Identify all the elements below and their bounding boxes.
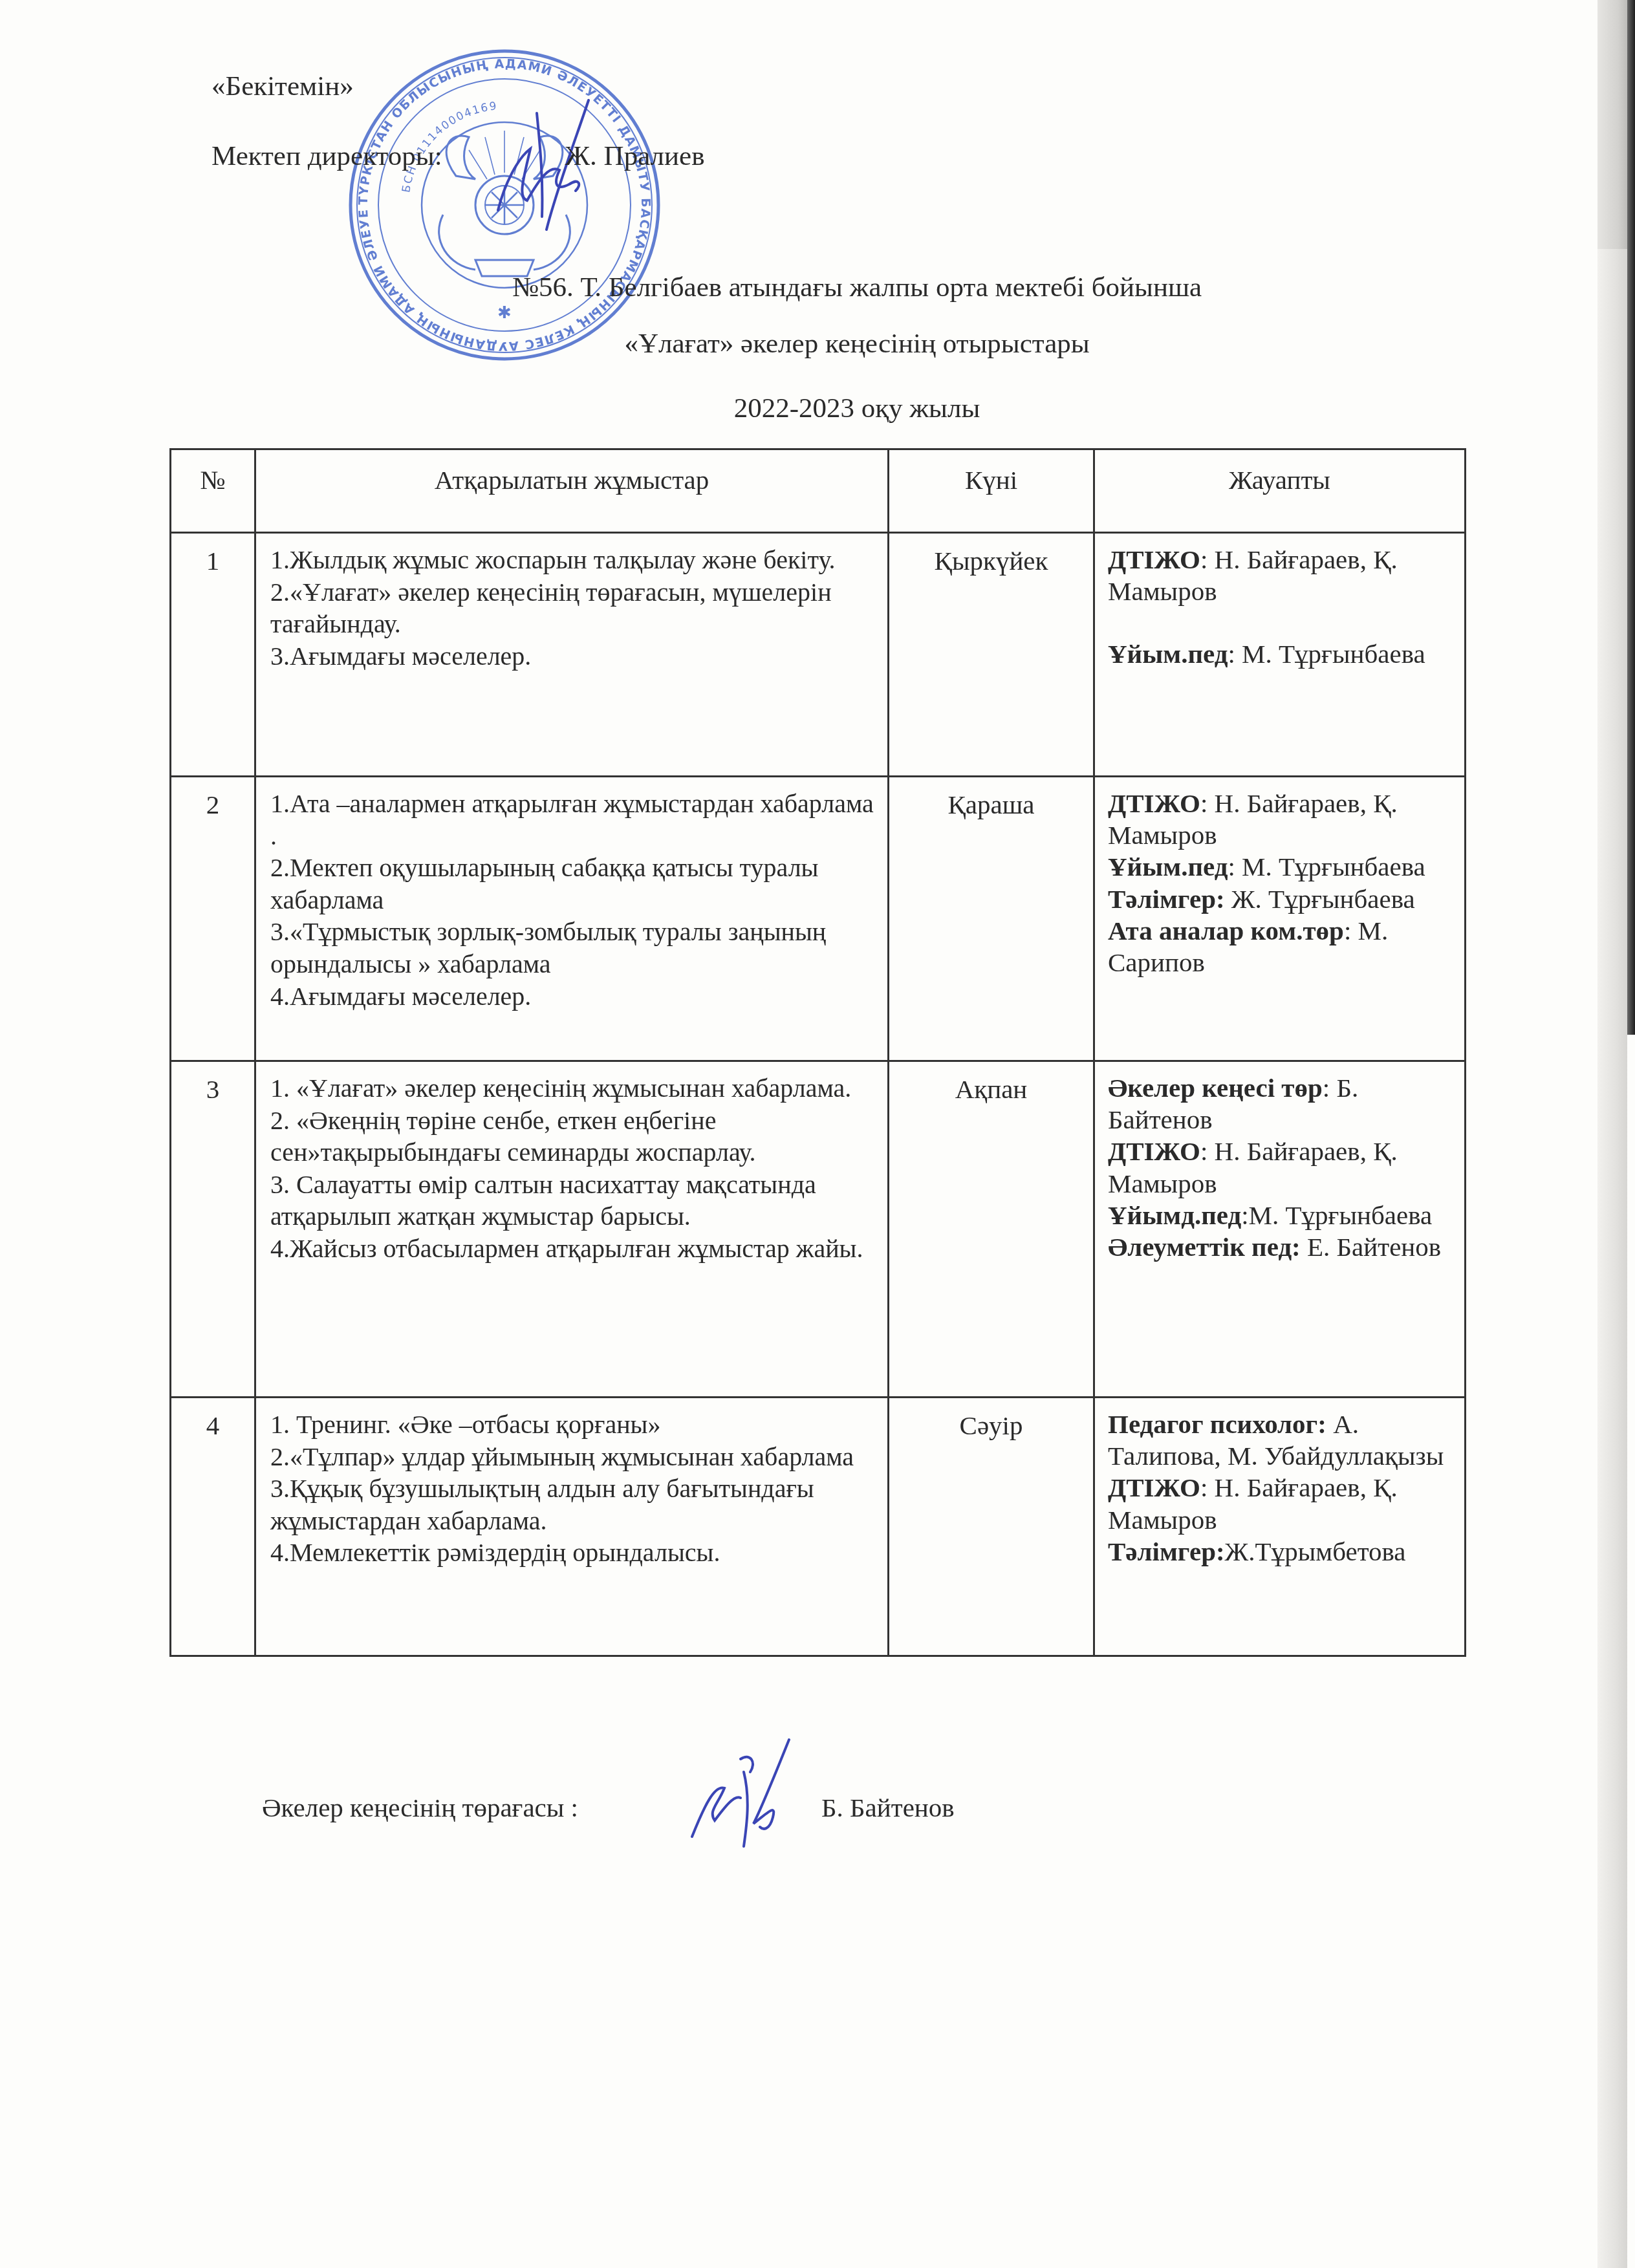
approval-label: «Бекітемін» bbox=[211, 72, 354, 100]
table-row: 31. «Ұлағат» әкелер кеңесінің жұмысынан … bbox=[171, 1061, 1466, 1398]
role-separator: : bbox=[1323, 1073, 1337, 1103]
svg-text:✱: ✱ bbox=[497, 303, 512, 322]
responsible-entry: Тәлімгер:Ж.Тұрымбетова bbox=[1108, 1536, 1458, 1568]
work-items: 1.Ата –аналармен атқарылған жұмыстардан … bbox=[255, 777, 889, 1061]
responsible-persons: ДТІЖО: Н. Байғараев, Қ. МамыровҰйым.пед:… bbox=[1094, 533, 1466, 777]
responsible-role: Педагог психолог: bbox=[1108, 1409, 1326, 1439]
work-item: 4.Жайсыз отбасылармен атқарылған жұмыста… bbox=[270, 1233, 878, 1265]
responsible-entry: Әлеуметтік пед: Е. Байтенов bbox=[1108, 1231, 1458, 1263]
scan-edge-shadow bbox=[1627, 0, 1635, 1035]
meeting-month: Ақпан bbox=[889, 1061, 1094, 1398]
row-number: 4 bbox=[171, 1398, 255, 1656]
role-separator: : bbox=[1344, 916, 1358, 945]
work-item: 1. Тренинг. «Әке –отбасы қорғаны» bbox=[270, 1409, 878, 1441]
responsible-role: Ұйымд.пед bbox=[1108, 1200, 1241, 1230]
responsible-entry: Тәлімгер: Ж. Тұрғынбаева bbox=[1108, 883, 1458, 915]
scan-edge bbox=[1597, 0, 1627, 2268]
role-separator: : bbox=[1200, 788, 1215, 818]
director-position: Мектеп директоры: bbox=[211, 141, 442, 171]
responsible-entry: Ұйым.пед: М. Тұрғынбаева bbox=[1108, 638, 1458, 670]
approval-line: Мектеп директоры:Ж. Пралиев bbox=[211, 142, 704, 170]
work-item: 1.Ата –аналармен атқарылған жұмыстардан … bbox=[270, 788, 878, 852]
table-header-row: № Атқарылатын жұмыстар Күні Жауапты bbox=[171, 449, 1466, 533]
work-item: 1. «Ұлағат» әкелер кеңесінің жұмысынан х… bbox=[270, 1072, 878, 1105]
footer-signature-line: Әкелер кеңесінің төрағасы : Б. Байтенов bbox=[262, 1795, 578, 1821]
responsible-persons: ДТІЖО: Н. Байғараев, Қ. МамыровҰйым.пед:… bbox=[1094, 777, 1466, 1061]
responsible-persons: Педагог психолог: А. Талипова, М. Убайду… bbox=[1094, 1398, 1466, 1656]
table-row: 11.Жылдық жұмыс жоспарын талқылау және б… bbox=[171, 533, 1466, 777]
responsible-entry: Ұйымд.пед:М. Тұрғынбаева bbox=[1108, 1200, 1458, 1231]
responsible-entry: Ұйым.пед: М. Тұрғынбаева bbox=[1108, 851, 1458, 883]
role-separator: : bbox=[1200, 1473, 1215, 1502]
responsible-role: ДТІЖО bbox=[1108, 1136, 1200, 1166]
role-separator bbox=[1225, 884, 1231, 914]
responsible-names: М. Тұрғынбаева bbox=[1242, 852, 1425, 881]
responsible-names: М. Тұрғынбаева bbox=[1242, 639, 1425, 669]
work-item: 2.Мектеп оқушыларының сабаққа қатысы тур… bbox=[270, 852, 878, 916]
column-header-date: Күні bbox=[889, 449, 1094, 533]
work-item: 4.Ағымдағы мәселелер. bbox=[270, 980, 878, 1013]
responsible-role: Әкелер кеңесі төр bbox=[1108, 1073, 1323, 1103]
responsible-entry: Педагог психолог: А. Талипова, М. Убайду… bbox=[1108, 1409, 1458, 1472]
role-separator: : bbox=[1241, 1200, 1248, 1230]
work-item: 1.Жылдық жұмыс жоспарын талқылау және бе… bbox=[270, 544, 878, 576]
responsible-role: ДТІЖО bbox=[1108, 1473, 1200, 1502]
responsible-role: Тәлімгер: bbox=[1108, 884, 1225, 914]
responsible-role: Ата аналар ком.төр bbox=[1108, 916, 1344, 945]
work-item: 2.«Ұлағат» әкелер кеңесінің төрағасын, м… bbox=[270, 576, 878, 640]
meeting-month: Сәуір bbox=[889, 1398, 1094, 1656]
responsible-role: Әлеуметтік пед: bbox=[1108, 1232, 1301, 1262]
column-header-responsible: Жауапты bbox=[1094, 449, 1466, 533]
work-item: 3.Ағымдағы мәселелер. bbox=[270, 640, 878, 673]
chairman-name: Б. Байтенов bbox=[821, 1795, 955, 1821]
row-number: 3 bbox=[171, 1061, 255, 1398]
work-items: 1. «Ұлағат» әкелер кеңесінің жұмысынан х… bbox=[255, 1061, 889, 1398]
meeting-month: Қараша bbox=[889, 777, 1094, 1061]
column-header-number: № bbox=[171, 449, 255, 533]
row-number: 1 bbox=[171, 533, 255, 777]
work-item: 3.«Тұрмыстық зорлық-зомбылық туралы заңы… bbox=[270, 916, 878, 980]
scan-edge-top bbox=[1597, 0, 1627, 249]
responsible-names: Ж.Тұрымбетова bbox=[1225, 1537, 1406, 1566]
responsible-entry: ДТІЖО: Н. Байғараев, Қ. Мамыров bbox=[1108, 1472, 1458, 1535]
responsible-entry: Әкелер кеңесі төр: Б. Байтенов bbox=[1108, 1072, 1458, 1136]
responsible-entry: ДТІЖО: Н. Байғараев, Қ. Мамыров bbox=[1108, 544, 1458, 607]
chairman-position: Әкелер кеңесінің төрағасы : bbox=[262, 1793, 578, 1822]
work-items: 1.Жылдық жұмыс жоспарын талқылау және бе… bbox=[255, 533, 889, 777]
role-separator bbox=[1326, 1409, 1333, 1439]
role-separator: : bbox=[1200, 545, 1215, 574]
work-item: 4.Мемлекеттік рәміздердің орындалысы. bbox=[270, 1537, 878, 1569]
responsible-names: Е. Байтенов bbox=[1307, 1232, 1441, 1262]
responsible-role: Тәлімгер: bbox=[1108, 1537, 1225, 1566]
work-item: 2. «Әкеңнің төріне сенбе, еткен еңбегіне… bbox=[270, 1105, 878, 1169]
role-separator: : bbox=[1228, 639, 1242, 669]
document-subtitle: «Ұлағат» әкелер кеңесінің отырыстары bbox=[207, 330, 1507, 358]
meeting-plan-table: № Атқарылатын жұмыстар Күні Жауапты 11.Ж… bbox=[169, 448, 1466, 1657]
responsible-role: Ұйым.пед bbox=[1108, 639, 1228, 669]
responsible-names: Ж. Тұрғынбаева bbox=[1231, 884, 1415, 914]
academic-year: 2022-2023 оқу жылы bbox=[207, 394, 1507, 422]
responsible-names: М. Тұрғынбаева bbox=[1249, 1200, 1433, 1230]
work-items: 1. Тренинг. «Әке –отбасы қорғаны»2.«Тұлп… bbox=[255, 1398, 889, 1656]
responsible-entry: Ата аналар ком.төр: М. Сарипов bbox=[1108, 915, 1458, 978]
column-header-work: Атқарылатын жұмыстар bbox=[255, 449, 889, 533]
responsible-entry: ДТІЖО: Н. Байғараев, Қ. Мамыров bbox=[1108, 1136, 1458, 1199]
responsible-role: ДТІЖО bbox=[1108, 788, 1200, 818]
work-item: 3. Салауатты өмір салтын насихаттау мақс… bbox=[270, 1169, 878, 1233]
director-name: Ж. Пралиев bbox=[565, 141, 705, 171]
row-number: 2 bbox=[171, 777, 255, 1061]
role-separator: : bbox=[1228, 852, 1242, 881]
table-row: 41. Тренинг. «Әке –отбасы қорғаны»2.«Тұл… bbox=[171, 1398, 1466, 1656]
role-separator bbox=[1301, 1232, 1307, 1262]
responsible-persons: Әкелер кеңесі төр: Б. БайтеновДТІЖО: Н. … bbox=[1094, 1061, 1466, 1398]
meeting-month: Қыркүйек bbox=[889, 533, 1094, 777]
role-separator: : bbox=[1200, 1136, 1215, 1166]
chairman-signature-icon bbox=[679, 1733, 815, 1850]
responsible-entry: ДТІЖО: Н. Байғараев, Қ. Мамыров bbox=[1108, 788, 1458, 851]
table-row: 21.Ата –аналармен атқарылған жұмыстардан… bbox=[171, 777, 1466, 1061]
work-item: 2.«Тұлпар» ұлдар ұйымының жұмысынан хаба… bbox=[270, 1441, 878, 1473]
responsible-role: Ұйым.пед bbox=[1108, 852, 1228, 881]
work-item: 3.Құқық бұзушылықтың алдын алу бағытында… bbox=[270, 1473, 878, 1537]
document-title: №56. Т. Белгібаев атындағы жалпы орта ме… bbox=[207, 274, 1507, 301]
responsible-role: ДТІЖО bbox=[1108, 545, 1200, 574]
